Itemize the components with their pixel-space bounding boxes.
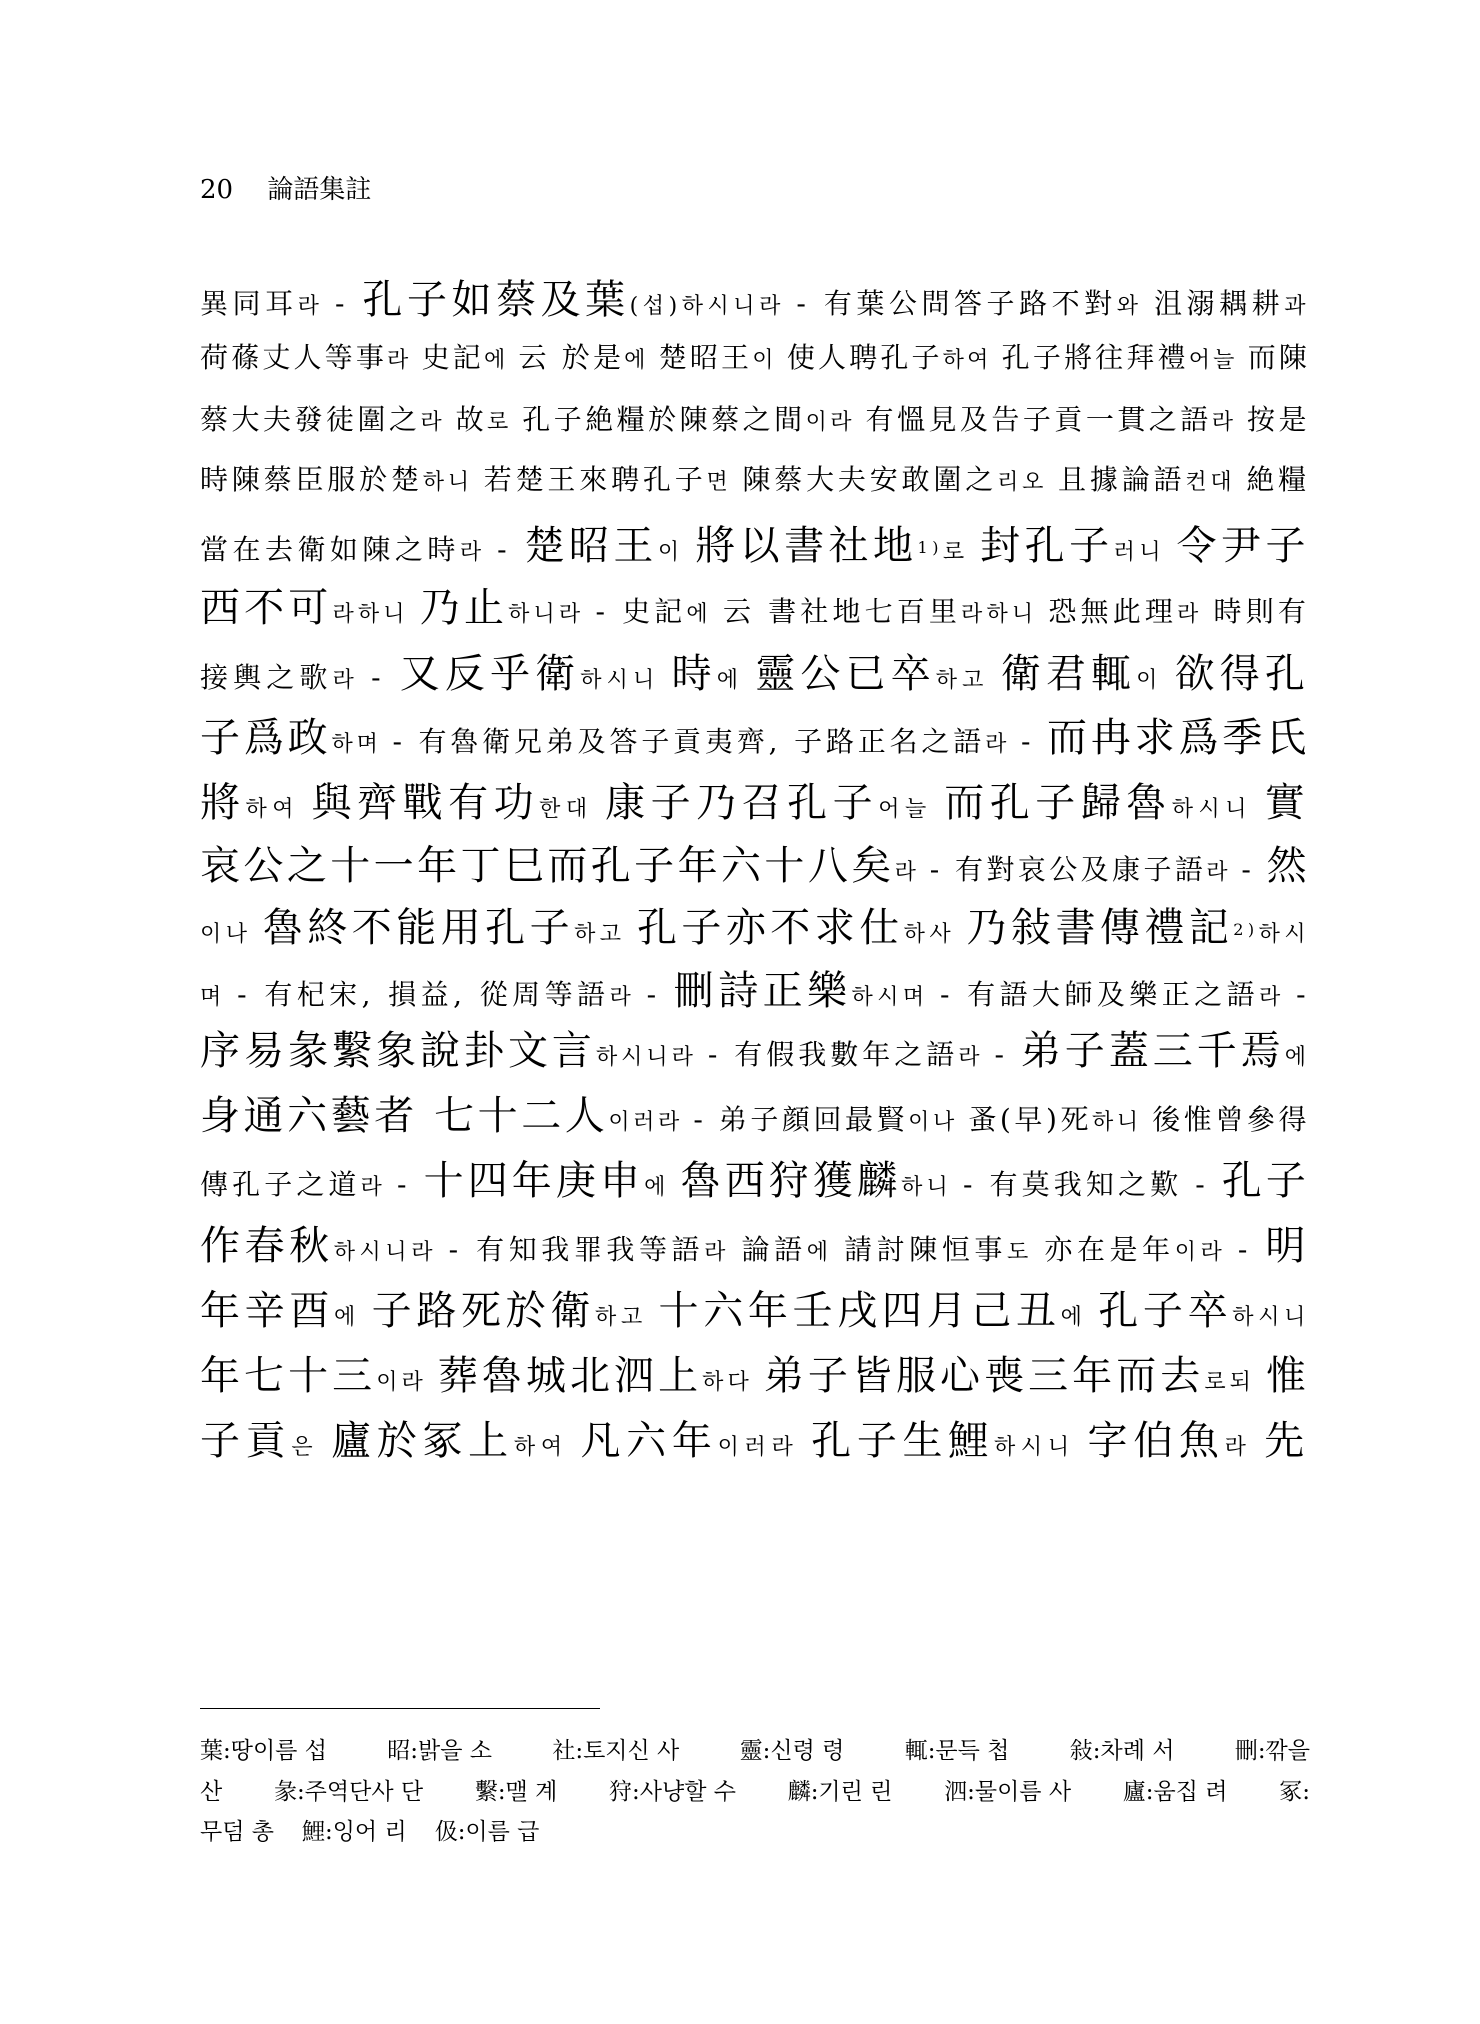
commentary-text: - 有對哀公及康子語 (930, 848, 1207, 888)
footnote-separator (200, 1708, 600, 1709)
footnote-gloss: 廬:움집 려 (1123, 1773, 1228, 1806)
particle-text: 에 (807, 1235, 844, 1266)
text-line: 子爲政하며 - 有魯衛兄弟及答子貢夷齊, 子路正名之語라 - 而冉求爲季氏 (200, 706, 1310, 763)
text-line: 接輿之歌라 - 又反乎衛하시니 時에 靈公已卒하고 衛君輒이 欲得孔 (200, 642, 1310, 699)
particle-text: 은 (291, 1430, 331, 1461)
commentary-text: - (497, 533, 524, 566)
footnote-line: 산彖:주역단사 단繫:맬 계狩:사냥할 수麟:기린 린泗:물이름 사廬:움집 려… (200, 1773, 1310, 1806)
commentary-text: - (335, 287, 362, 320)
footnote-gloss: 刪:깎을 (1235, 1732, 1310, 1765)
commentary-text: - (397, 1168, 424, 1201)
particle-text: 라 (704, 1235, 741, 1266)
commentary-text: - (1021, 725, 1047, 758)
main-text: 實 (1265, 771, 1311, 828)
main-text: 凡六年 (580, 1409, 717, 1466)
particle-text: 라 (958, 1040, 994, 1071)
main-text: 弟子蓋三千焉 (1021, 1019, 1285, 1076)
main-text: 先 (1264, 1409, 1310, 1466)
particle-text: 하니 (423, 465, 484, 496)
main-text: 又反乎衛 (400, 642, 581, 699)
commentary-text: - (994, 1038, 1020, 1071)
footnote-marker: 2) (1233, 920, 1258, 939)
text-line-content: 作春秋하시니라 - 有知我罪我等語라 論語에 請討陳恒事도 亦在是年이라 - 明 (200, 1214, 1310, 1271)
commentary-text: 按是 (1247, 398, 1310, 438)
commentary-text: 且據論語 (1058, 458, 1185, 498)
commentary-text: - (1241, 853, 1266, 886)
text-line: 子貢은 廬於冢上하여 凡六年이러라 孔子生鯉하시니 字伯魚라 先 (200, 1409, 1310, 1466)
footnote-gloss: 鯉:잉어 리 (302, 1813, 407, 1846)
commentary-text: 請討陳恒事 (844, 1228, 1007, 1268)
particle-text: 하며 (332, 727, 393, 758)
main-text: 字伯魚 (1088, 1409, 1225, 1466)
particle-text: 이러라 (718, 1430, 812, 1461)
text-line-content: 傳孔子之道라 - 十四年庚申에 魯西狩獲麟하니 - 有莫我知之歎 - 孔子 (200, 1149, 1310, 1206)
particle-text: (섭)하시니라 (630, 289, 797, 320)
footnote-line: 무덤 총鯉:잉어 리伋:이름 급 (200, 1813, 1310, 1846)
particle-text: 에 (1061, 1300, 1099, 1331)
main-text: 西不可 (200, 576, 332, 633)
particle-text: 하시니라 (596, 1040, 708, 1071)
footnote-gloss: 靈:신령 령 (740, 1732, 845, 1765)
main-text: 子貢 (200, 1409, 291, 1466)
particle-text: 라 (333, 663, 372, 694)
footnote-gloss: 무덤 총 (200, 1813, 274, 1846)
text-line-content: 年辛酉에 子路死於衛하고 十六年壬戌四月己丑에 孔子卒하시니 (200, 1279, 1310, 1336)
main-text: 孔子如蔡及葉 (362, 268, 629, 325)
main-text: 刪詩正樂 (674, 959, 852, 1016)
text-line: 西不可라하니 乃止하니라 - 史記에 云 書社地七百里라하니 恐無此理라 時則有 (200, 576, 1310, 633)
footnote-gloss: 葉:땅이름 섭 (200, 1732, 327, 1765)
main-text: 葬魯城北泗上 (438, 1344, 702, 1401)
particle-text: 하다 (702, 1365, 764, 1396)
footnote-line: 葉:땅이름 섭昭:밝을 소社:토지신 사靈:신령 령輒:문득 첩敍:차례 서刪:… (200, 1732, 1310, 1765)
main-text: 孔子亦不求仕 (637, 896, 904, 953)
text-line-content: 接輿之歌라 - 又反乎衛하시니 時에 靈公已卒하고 衛君輒이 欲得孔 (200, 642, 1310, 699)
footnote-gloss: 麟:기린 린 (788, 1773, 893, 1806)
commentary-text: 故 (456, 398, 487, 438)
main-text: 魯西狩獲麟 (681, 1149, 902, 1206)
particle-text: 에 (717, 663, 756, 694)
particle-text: 라 (387, 343, 422, 374)
particle-text: 하시니 (994, 1430, 1088, 1461)
text-line-content: 當在去衛如陳之時라 - 楚昭王이 將以書社地1)로 封孔子러니 令尹子 (200, 514, 1310, 571)
particle-text: 하여 (514, 1430, 581, 1461)
particle-text: 리오 (997, 465, 1058, 496)
main-text: 身通六藝者 七十二人 (200, 1084, 608, 1141)
commentary-text: 使人聘孔子 (787, 336, 943, 376)
commentary-text: 陳蔡大夫安敢圍之 (742, 458, 997, 498)
text-line-content: 子貢은 廬於冢上하여 凡六年이러라 孔子生鯉하시니 字伯魚라 先 (200, 1409, 1310, 1466)
particle-text: 도 (1007, 1235, 1044, 1266)
commentary-text: 亦在是年 (1044, 1228, 1174, 1268)
particle-text: 이나 (200, 917, 263, 948)
text-line-content: 蔡大夫發徒圍之라 故로 孔子絶糧於陳蔡之間이라 有慍見及告子貢一貫之語라 按是 (200, 398, 1310, 438)
particle-text: 에 (686, 597, 723, 628)
particle-text: 하사 (904, 917, 967, 948)
text-line: 哀公之十一年丁巳而孔子年六十八矣라 - 有對哀公及康子語라 - 然 (200, 834, 1310, 891)
particle-text: 한대 (539, 792, 605, 823)
particle-text: 라 (1225, 1430, 1265, 1461)
main-text: 乃止 (420, 576, 508, 633)
commentary-text: - (647, 978, 674, 1011)
commentary-text: - 有杞宋, 損益, 從周等語 (237, 973, 609, 1013)
commentary-text: 云 書社地七百里 (723, 590, 961, 630)
commentary-text: 若楚王來聘孔子 (484, 458, 707, 498)
particle-text: 라 (420, 405, 455, 436)
particle-text: 하시니 (1172, 792, 1265, 823)
main-text: 魯終不能用孔子 (263, 896, 574, 953)
main-text: 序易彖繫象說卦文言 (200, 1019, 596, 1076)
main-text: 將 (200, 771, 246, 828)
particle-text: 라 (361, 1170, 397, 1201)
text-line: 이나 魯終不能用孔子하고 孔子亦不求仕하사 乃敍書傳禮記2)하시 (200, 896, 1310, 953)
text-line: 蔡大夫發徒圍之라 故로 孔子絶糧於陳蔡之間이라 有慍見及告子貢一貫之語라 按是 (200, 398, 1310, 438)
particle-text: 하시 (1259, 917, 1310, 948)
text-line-content: 西不可라하니 乃止하니라 - 史記에 云 書社地七百里라하니 恐無此理라 時則有 (200, 576, 1310, 633)
text-line-content: 年七十三이라 葬魯城北泗上하다 弟子皆服心喪三年而去로되 惟 (200, 1344, 1310, 1401)
particle-text: 이 (658, 535, 695, 566)
text-line: 며 - 有杞宋, 損益, 從周等語라 - 刪詩正樂하시며 - 有語大師及樂正之語… (200, 959, 1310, 1016)
particle-text: 하니 (901, 1170, 963, 1201)
commentary-text: - 弟子顔回最賢 (693, 1098, 908, 1138)
commentary-text: 楚昭王 (659, 336, 753, 376)
text-line-content: 이나 魯終不能用孔子하고 孔子亦不求仕하사 乃敍書傳禮記2)하시 (200, 896, 1310, 953)
particle-text: 로 (487, 405, 522, 436)
particle-text: 라 (1177, 597, 1214, 628)
text-line: 年辛酉에 子路死於衛하고 十六年壬戌四月己丑에 孔子卒하시니 (200, 1279, 1310, 1336)
main-text: 然 (1267, 834, 1310, 891)
particle-text: 하여 (943, 343, 1002, 374)
book-title: 論語集註 (267, 175, 371, 205)
commentary-text: 接輿之歌 (200, 656, 333, 696)
particle-text: 하고 (574, 917, 637, 948)
particle-text: 면 (707, 465, 743, 496)
footnote-gloss: 산 (200, 1773, 222, 1806)
commentary-text: - 有語大師及樂正之語 (940, 973, 1259, 1013)
main-text: 子路死於衛 (372, 1279, 595, 1336)
footnote-gloss: 社:토지신 사 (552, 1732, 679, 1765)
main-text: 孔子 (1222, 1149, 1310, 1206)
particle-text: 하니 (1092, 1105, 1152, 1136)
particle-text: 라하니 (961, 597, 1048, 628)
main-text: 時 (672, 642, 717, 699)
particle-text: 라 (298, 289, 335, 320)
commentary-text: 恐無此理 (1048, 590, 1177, 630)
main-text: 康子乃召孔子 (605, 771, 878, 828)
commentary-text: 時則有 (1214, 590, 1310, 630)
text-line: 荷蓧丈人等事라 史記에 云 於是에 楚昭王이 使人聘孔子하여 孔子將往拜禮어늘 … (200, 336, 1310, 376)
footnote-gloss: 狩:사냥할 수 (609, 1773, 736, 1806)
commentary-text: 云 於是 (519, 336, 625, 376)
commentary-text: 絶糧 (1246, 458, 1310, 498)
footnote-gloss: 彖:주역단사 단 (274, 1773, 423, 1806)
particle-text: 라 (895, 855, 930, 886)
text-line-content: 時陳蔡臣服於楚하니 若楚王來聘孔子면 陳蔡大夫安敢圍之리오 且據論語컨대 絶糧 (200, 458, 1310, 498)
main-text: 令尹子 (1177, 514, 1310, 571)
main-text: 十四年庚申 (424, 1149, 645, 1206)
text-line: 異同耳라 - 孔子如蔡及葉(섭)하시니라 - 有葉公問答子路不對와 沮溺耦耕과 (200, 268, 1310, 325)
text-line-content: 將하여 與齊戰有功한대 康子乃召孔子어늘 而孔子歸魯하시니 實 (200, 771, 1310, 828)
text-line-content: 身通六藝者 七十二人이러라 - 弟子顔回最賢이나 蚤(早)死하니 後惟曾參得 (200, 1084, 1310, 1141)
particle-text: 에 (334, 1300, 372, 1331)
particle-text: 라 (460, 535, 497, 566)
main-text: 孔子卒 (1098, 1279, 1232, 1336)
main-text: 孔子生鯉 (811, 1409, 994, 1466)
main-text: 作春秋 (200, 1214, 334, 1271)
particle-text: 에 (644, 1170, 680, 1201)
commentary-text: - 有魯衛兄弟及答子貢夷齊, 子路正名之語 (393, 720, 986, 760)
particle-text: 하고 (936, 663, 1001, 694)
footnote-gloss: 冢: (1279, 1773, 1310, 1806)
main-text: 明 (1265, 1214, 1310, 1271)
particle-text: 컨대 (1185, 465, 1246, 496)
text-line: 傳孔子之道라 - 十四年庚申에 魯西狩獲麟하니 - 有莫我知之歎 - 孔子 (200, 1149, 1310, 1206)
commentary-text: - 有知我罪我等語 (449, 1228, 705, 1268)
particle-text: 라 (985, 727, 1021, 758)
footnote-gloss: 繫:맬 계 (475, 1773, 558, 1806)
main-text: 子爲政 (200, 706, 332, 763)
main-text: 將以書社地 (695, 514, 917, 571)
particle-text: 어늘 (878, 792, 944, 823)
particle-text: 이나 (908, 1105, 968, 1136)
particle-text: 하니라 (508, 597, 595, 628)
commentary-text: 孔子絶糧於陳蔡之間 (522, 398, 805, 438)
particle-text: 라 (1206, 855, 1241, 886)
text-line: 身通六藝者 七十二人이러라 - 弟子顔回最賢이나 蚤(早)死하니 後惟曾參得 (200, 1084, 1310, 1141)
main-text: 廬於冢上 (331, 1409, 514, 1466)
commentary-text: 蚤(早)死 (968, 1098, 1092, 1138)
text-line-content: 序易彖繫象說卦文言하시니라 - 有假我數年之語라 - 弟子蓋三千焉에 (200, 1019, 1310, 1076)
particle-text: 이라 (1175, 1235, 1238, 1266)
particle-text: 이라 (806, 405, 866, 436)
particle-text: 어늘 (1189, 343, 1248, 374)
particle-text: 하고 (595, 1300, 659, 1331)
main-text: 封孔子 (980, 514, 1113, 571)
main-text: 而冉求爲季氏 (1047, 706, 1310, 763)
main-text: 而孔子歸魯 (944, 771, 1172, 828)
particle-text: 이 (752, 343, 787, 374)
particle-text: 하시니 (580, 663, 671, 694)
main-text: 欲得孔 (1175, 642, 1310, 699)
commentary-text: - (1296, 978, 1310, 1011)
text-line-content: 異同耳라 - 孔子如蔡及葉(섭)하시니라 - 有葉公問答子路不對와 沮溺耦耕과 (200, 268, 1310, 325)
footnote-gloss: 敍:차례 서 (1070, 1732, 1175, 1765)
text-line-content: 哀公之十一年丁巳而孔子年六十八矣라 - 有對哀公及康子語라 - 然 (200, 834, 1310, 891)
text-line: 年七十三이라 葬魯城北泗上하다 弟子皆服心喪三年而去로되 惟 (200, 1344, 1310, 1401)
commentary-text: 異同耳 (200, 282, 298, 322)
main-text: 十六年壬戌四月己丑 (659, 1279, 1061, 1336)
particle-text: 와 (1117, 289, 1154, 320)
commentary-text: 論語 (742, 1228, 807, 1268)
footnote-gloss: 伋:이름 급 (435, 1813, 540, 1846)
main-text: 乃敍書傳禮記 (967, 896, 1234, 953)
footnote-marker: 1) (918, 538, 943, 557)
text-line-content: 荷蓧丈人等事라 史記에 云 於是에 楚昭王이 使人聘孔子하여 孔子將往拜禮어늘 … (200, 336, 1310, 376)
main-text: 靈公已卒 (755, 642, 936, 699)
commentary-text: 孔子將往拜禮 (1002, 336, 1189, 376)
main-text: 與齊戰有功 (312, 771, 540, 828)
text-line: 作春秋하시니라 - 有知我罪我等語라 論語에 請討陳恒事도 亦在是年이라 - 明 (200, 1214, 1310, 1271)
main-text: 年辛酉 (200, 1279, 334, 1336)
footnote-gloss: 泗:물이름 사 (944, 1773, 1071, 1806)
running-header: 20 論語集註 (200, 172, 371, 208)
commentary-text: - (371, 661, 400, 694)
commentary-text: 史記 (422, 336, 484, 376)
particle-text: 며 (200, 980, 237, 1011)
particle-text: 에 (484, 343, 519, 374)
text-line: 將하여 與齊戰有功한대 康子乃召孔子어늘 而孔子歸魯하시니 實 (200, 771, 1310, 828)
particle-text: 라 (609, 980, 646, 1011)
commentary-text: - 有葉公問答子路不對 (796, 282, 1116, 322)
text-line-content: 子爲政하며 - 有魯衛兄弟及答子貢夷齊, 子路正名之語라 - 而冉求爲季氏 (200, 706, 1310, 763)
particle-text: 라하니 (332, 597, 419, 628)
main-text: 楚昭王 (524, 514, 657, 571)
text-line: 時陳蔡臣服於楚하니 若楚王來聘孔子면 陳蔡大夫安敢圍之리오 且據論語컨대 絶糧 (200, 458, 1310, 498)
particle-text: 과 (1284, 289, 1310, 320)
commentary-text: 當在去衛如陳之時 (200, 528, 460, 568)
commentary-text: 荷蓧丈人等事 (200, 336, 387, 376)
particle-text: 러니 (1114, 535, 1177, 566)
main-text: 惟 (1266, 1344, 1310, 1401)
commentary-text: 沮溺耦耕 (1154, 282, 1284, 322)
main-text: 弟子皆服心喪三年而去 (764, 1344, 1205, 1401)
footnote-gloss: 輒:문득 첩 (905, 1732, 1010, 1765)
text-line: 序易彖繫象說卦文言하시니라 - 有假我數年之語라 - 弟子蓋三千焉에 (200, 1019, 1310, 1076)
commentary-text: 後惟曾參得 (1152, 1098, 1310, 1138)
footnote-gloss: 昭:밝을 소 (387, 1732, 492, 1765)
main-text: 哀公之十一年丁巳而孔子年六十八矣 (200, 834, 895, 891)
particle-text: 로 (943, 535, 980, 566)
commentary-text: - 有假我數年之語 (708, 1033, 958, 1073)
commentary-text: 時陳蔡臣服於楚 (200, 458, 423, 498)
particle-text: 하시며 (852, 980, 940, 1011)
commentary-text: - 有莫我知之歎 - (963, 1163, 1222, 1203)
commentary-text: 而陳 (1248, 336, 1310, 376)
commentary-text: 有慍見及告子貢一貫之語 (866, 398, 1212, 438)
text-line-content: 며 - 有杞宋, 損益, 從周等語라 - 刪詩正樂하시며 - 有語大師及樂正之語… (200, 959, 1310, 1016)
particle-text: 하시니라 (334, 1235, 449, 1266)
particle-text: 라 (1259, 980, 1296, 1011)
particle-text: 로되 (1204, 1365, 1266, 1396)
main-text: 衛君輒 (1001, 642, 1136, 699)
commentary-text: 蔡大夫發徒圍之 (200, 398, 420, 438)
particle-text: 하시니 (1232, 1300, 1310, 1331)
commentary-text: - 史記 (595, 590, 686, 630)
page-number: 20 (200, 175, 233, 205)
particle-text: 에 (624, 343, 659, 374)
particle-text: 에 (1285, 1040, 1310, 1071)
commentary-text: - (1238, 1233, 1266, 1266)
particle-text: 이러라 (608, 1105, 693, 1136)
particle-text: 이라 (376, 1365, 438, 1396)
commentary-text: 傳孔子之道 (200, 1163, 361, 1203)
particle-text: 라 (1212, 405, 1247, 436)
particle-text: 이 (1136, 663, 1175, 694)
particle-text: 하여 (246, 792, 312, 823)
text-line: 當在去衛如陳之時라 - 楚昭王이 將以書社地1)로 封孔子러니 令尹子 (200, 514, 1310, 571)
main-text: 年七十三 (200, 1344, 376, 1401)
